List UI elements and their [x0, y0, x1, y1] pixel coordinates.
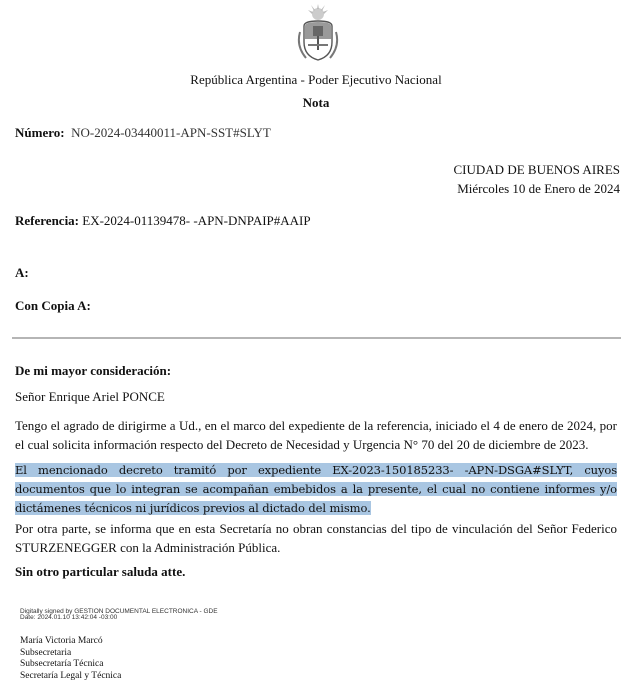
referencia-field: Referencia: EX-2024-01139478- -APN-DNPAI…: [15, 213, 311, 229]
addressee: Señor Enrique Ariel PONCE: [15, 389, 165, 405]
to-label: A:: [15, 265, 29, 281]
paragraph-3: Por otra parte, se informa que en esta S…: [15, 519, 617, 557]
numero-label: Número:: [15, 125, 65, 140]
numero-value: NO-2024-03440011-APN-SST#SLYT: [71, 125, 271, 140]
referencia-label: Referencia:: [15, 213, 79, 228]
signer-title-2: Subsecretaría Técnica: [20, 659, 121, 671]
numero-field: Número: NO-2024-03440011-APN-SST#SLYT: [15, 125, 271, 141]
divider: [12, 337, 621, 339]
argentina-coat-of-arms-icon: [296, 2, 340, 64]
cc-label: Con Copia A:: [15, 298, 91, 314]
signer-title-3: Secretaría Legal y Técnica: [20, 671, 121, 683]
date: Miércoles 10 de Enero de 2024: [457, 181, 620, 197]
paragraph-1: Tengo el agrado de dirigirme a Ud., en e…: [15, 416, 617, 454]
issuer-title: República Argentina - Poder Ejecutivo Na…: [0, 72, 632, 88]
signature-block: María Victoria Marcó Subsecretaria Subse…: [20, 636, 121, 682]
paragraph-2-highlighted: El mencionado decreto tramitó por expedi…: [15, 461, 617, 518]
closing: Sin otro particular saluda atte.: [15, 564, 185, 580]
city: CIUDAD DE BUENOS AIRES: [454, 162, 620, 178]
selected-text[interactable]: El mencionado decreto tramitó por expedi…: [15, 463, 617, 515]
signer-name: María Victoria Marcó: [20, 636, 121, 648]
signer-title-1: Subsecretaria: [20, 648, 121, 660]
document-type: Nota: [0, 95, 632, 111]
greeting: De mi mayor consideración:: [15, 363, 171, 379]
digital-signature-line2: Date: 2024.01.10 13:42:04 -03:00: [20, 614, 117, 621]
referencia-value: EX-2024-01139478- -APN-DNPAIP#AAIP: [82, 213, 310, 228]
